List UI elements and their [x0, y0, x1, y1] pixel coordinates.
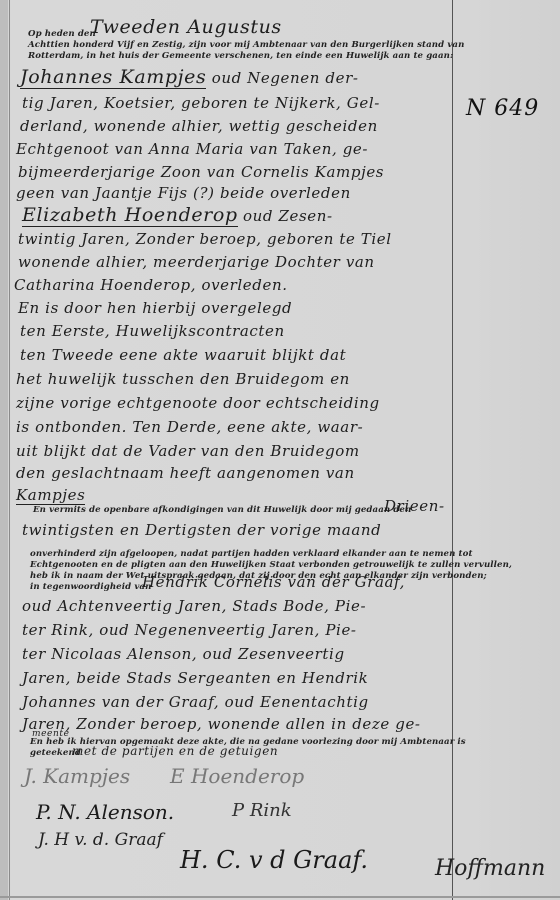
bride-line-2: twintig Jaren, Zonder beroep, geboren te…	[18, 230, 392, 248]
bride-line-4: Catharina Hoenderop, overleden.	[14, 276, 288, 294]
groom-line-4: Echtgenoot van Anna Maria van Taken, ge-	[16, 140, 368, 158]
bride-name: Elizabeth Hoenderop	[22, 204, 238, 227]
bride-line-9: zijne vorige echtgenoote door echtscheid…	[16, 394, 380, 412]
closing-handwritten: met de partijen en de getuigen	[72, 744, 278, 758]
witness-line-3: ter Nicolaas Alenson, oud Zesenveertig	[22, 645, 345, 663]
signature-groom: J. Kampjes	[24, 764, 130, 788]
bride-line-6: ten Eerste, Huwelijkscontracten	[20, 322, 285, 340]
groom-line-5: bijmeerderjarige Zoon van Cornelis Kampj…	[18, 163, 384, 181]
groom-line-2: tig Jaren, Koetsier, geboren te Nijkerk,…	[22, 94, 380, 112]
groom-line-1: Johannes Kampjes oud Negenen der-	[20, 66, 359, 88]
margin-rule	[452, 0, 453, 900]
groom-line-6: geen van Jaantje Fijs (?) beide overlede…	[16, 184, 351, 202]
signature-witness-1: P. N. Alenson.	[36, 800, 174, 824]
proclamation-printed-4: in tegenwoordigheid van	[30, 582, 151, 593]
intro-date-handwritten: Tweeden Augustus	[90, 16, 282, 38]
signature-witness-3: J. H v. d. Graaf	[38, 830, 163, 850]
witness-line-1: oud Achtenveertig Jaren, Stads Bode, Pie…	[22, 597, 366, 615]
signature-witness-4: H. C. v d Graaf.	[180, 846, 368, 874]
document-page: N 649 Op heden den Tweeden Augustus Acht…	[0, 0, 560, 900]
intro-printed-1: Op heden den	[28, 29, 96, 40]
witness-line-4: Jaren, beide Stads Sergeanten en Hendrik	[22, 669, 368, 687]
signature-official: Hoffmann	[435, 856, 545, 881]
proclamation-printed-start: En vermits de openbare afkondigingen van…	[33, 505, 411, 516]
signature-bride: E Hoenderop	[170, 764, 304, 788]
bride-line-7: ten Tweede eene akte waaruit blijkt dat	[20, 346, 346, 364]
signature-witness-2: P Rink	[232, 800, 292, 821]
proclamation-printed-2: Echtgenooten en de pligten aan den Huwel…	[30, 560, 512, 571]
bride-line-1-rest: oud Zesen-	[238, 207, 333, 225]
witness-line-5: Johannes van der Graaf, oud Eenentachtig	[22, 693, 369, 711]
groom-line-1-rest: oud Negenen der-	[206, 69, 358, 87]
intro-printed-3: Rotterdam, in het huis der Gemeente vers…	[28, 51, 453, 62]
bottom-border-rule	[0, 896, 560, 898]
father-surname: Kampjes	[16, 486, 85, 505]
bride-line-13: Kampjes	[16, 486, 85, 504]
page-left-edge	[0, 0, 8, 900]
proclamation-handwritten-1: Drieen-	[384, 497, 445, 515]
left-border-rule	[9, 0, 10, 900]
intro-printed-2: Achttien honderd Vijf en Zestig, zijn vo…	[28, 40, 464, 51]
record-number: N 649	[466, 96, 539, 121]
groom-name: Johannes Kampjes	[20, 66, 206, 89]
bride-line-10: is ontbonden. Ten Derde, eene akte, waar…	[16, 418, 363, 436]
bride-line-11: uit blijkt dat de Vader van den Bruidego…	[16, 442, 360, 460]
witness-line-6: Jaren, Zonder beroep, wonende allen in d…	[22, 715, 421, 733]
bride-line-1: Elizabeth Hoenderop oud Zesen-	[22, 204, 333, 226]
proclamation-handwritten-2: twintigsten en Dertigsten der vorige maa…	[22, 521, 381, 539]
bride-line-3: wonende alhier, meerderjarige Dochter va…	[18, 253, 375, 271]
bride-line-8: het huwelijk tusschen den Bruidegom en	[16, 370, 350, 388]
bride-line-5: En is door hen hierbij overgelegd	[18, 299, 292, 317]
proclamation-printed-1: onverhinderd zijn afgeloopen, nadat part…	[30, 549, 473, 560]
bride-line-12: den geslachtnaam heeft aangenomen van	[16, 464, 355, 482]
witness-line-2: ter Rink, oud Negenenveertig Jaren, Pie-	[22, 621, 357, 639]
groom-line-3: derland, wonende alhier, wettig gescheid…	[20, 117, 378, 135]
witness-start: Hendrik Cornelis van der Graaf,	[142, 573, 405, 591]
